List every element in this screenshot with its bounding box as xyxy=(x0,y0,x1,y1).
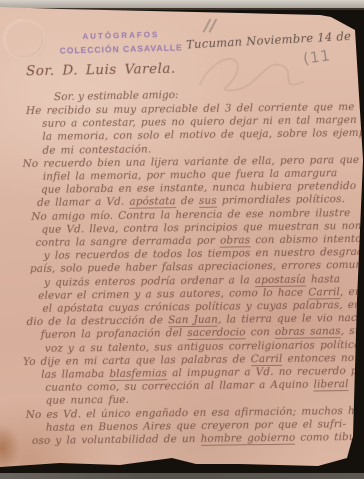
salutation-line: Sor. y estimable amigo: xyxy=(54,89,179,103)
stamp-line-1: AUTÓGRAFOS xyxy=(58,29,184,41)
letter-body: He recibido su muy apreciable del 3 del … xyxy=(12,101,361,448)
photo-mat-bottom xyxy=(0,473,364,479)
pencil-tally-marks xyxy=(206,18,224,34)
letter-paper: AUTÓGRAFOS COLECCIÓN CASAVALLE Tucuman N… xyxy=(0,0,364,479)
embossed-seal xyxy=(3,19,45,59)
collection-stamp: AUTÓGRAFOS COLECCIÓN CASAVALLE xyxy=(58,29,185,55)
addressee-line: Sor. D. Luis Varela. xyxy=(26,61,176,80)
letter-photo: AUTÓGRAFOS COLECCIÓN CASAVALLE Tucuman N… xyxy=(0,0,364,479)
stamp-line-2: COLECCIÓN CASAVALLE xyxy=(58,42,184,55)
ink-bleedthrough-flourish xyxy=(195,52,315,97)
handwritten-line: oso y la voluntabilidad de un hombre gob… xyxy=(32,431,361,448)
photo-mat-top xyxy=(0,0,364,10)
